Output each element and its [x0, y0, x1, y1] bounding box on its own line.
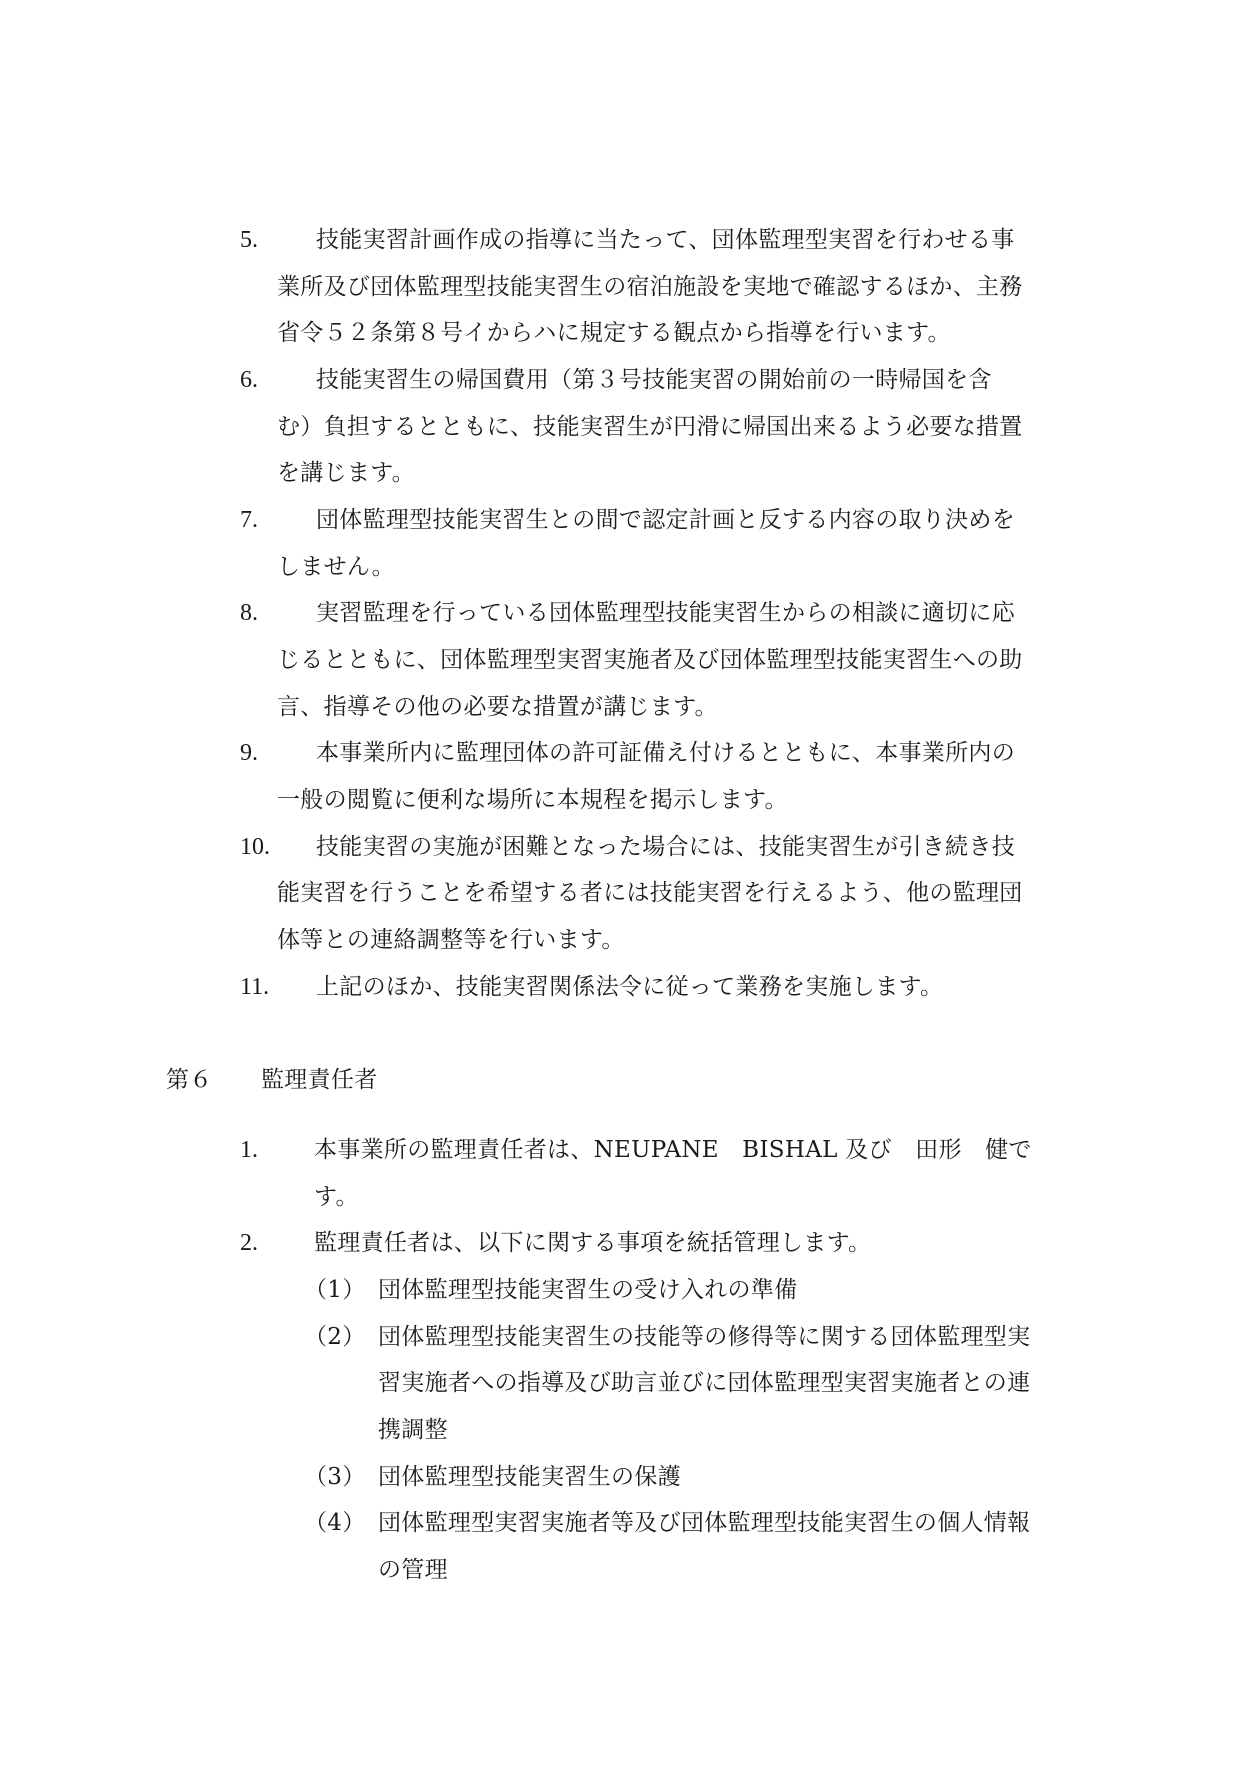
list-text-line: 体等との連絡調整等を行います。	[277, 925, 625, 955]
list-number: 11.	[240, 972, 269, 1002]
list-text-line: 実習監理を行っている団体監理型技能実習生からの相談に適切に応	[316, 598, 1015, 628]
list-number: 5.	[240, 225, 258, 255]
list-text-line: 団体監理型技能実習生との間で認定計画と反する内容の取り決めを	[316, 505, 1015, 535]
list-text-line: 能実習を行うことを希望する者には技能実習を行えるよう、他の監理団	[277, 878, 1023, 908]
list-text-line: す。	[314, 1182, 359, 1212]
list-text-line: を講じます。	[277, 458, 415, 488]
subitem-text-line: 習実施者への指導及び助言並びに団体監理型実習実施者との連	[378, 1368, 1030, 1398]
list-text-line: 技能実習計画作成の指導に当たって、団体監理型実習を行わせる事	[316, 225, 1015, 255]
subitem-text-line: の管理	[378, 1555, 448, 1585]
list-text-line: む）負担するとともに、技能実習生が円滑に帰国出来るよう必要な措置	[277, 412, 1023, 442]
list-number: 1.	[240, 1135, 258, 1165]
list-number: 6.	[240, 365, 258, 395]
list-number: 10.	[240, 832, 270, 862]
list-text-line: 一般の閲覧に便利な場所に本規程を掲示します。	[277, 785, 788, 815]
list-text-line: 技能実習の実施が困難となった場合には、技能実習生が引き続き技	[316, 832, 1015, 862]
list-text-line: 言、指導その他の必要な措置が講じます。	[277, 692, 718, 722]
list-text-line: じるとともに、団体監理型実習実施者及び団体監理型技能実習生への助	[277, 645, 1023, 675]
list-number: 8.	[240, 598, 258, 628]
list-number: 7.	[240, 505, 258, 535]
list-text-line: 本事業所の監理責任者は、NEUPANE BISHAL 及び 田形 健で	[314, 1135, 1032, 1165]
list-text-line: 技能実習生の帰国費用（第３号技能実習の開始前の一時帰国を含	[316, 365, 992, 395]
list-text-line: 監理責任者は、以下に関する事項を統括管理します。	[314, 1228, 871, 1258]
subitem-text-line: 団体監理型技能実習生の受け入れの準備	[378, 1275, 797, 1305]
subitem-number: （2）	[304, 1322, 366, 1352]
list-text-line: 業所及び団体監理型技能実習生の宿泊施設を実地で確認するほか、主務	[277, 272, 1023, 302]
list-text-line: 上記のほか、技能実習関係法令に従って業務を実施します。	[316, 972, 943, 1002]
list-text-line: しません。	[277, 552, 395, 582]
document-page: 5. 技能実習計画作成の指導に当たって、団体監理型実習を行わせる事 業所及び団体…	[0, 0, 1256, 1786]
subitem-text-line: 団体監理型実習実施者等及び団体監理型技能実習生の個人情報	[378, 1508, 1030, 1538]
list-number: 2.	[240, 1228, 258, 1258]
section-title: 監理責任者	[261, 1065, 378, 1095]
subitem-text-line: 携調整	[378, 1415, 448, 1445]
list-number: 9.	[240, 738, 258, 768]
list-text-line: 本事業所内に監理団体の許可証備え付けるとともに、本事業所内の	[316, 738, 1015, 768]
section-number: 第６	[166, 1065, 213, 1095]
subitem-number: （3）	[304, 1462, 366, 1492]
subitem-number: （4）	[304, 1508, 366, 1538]
subitem-text-line: 団体監理型技能実習生の保護	[378, 1462, 681, 1492]
subitem-number: （1）	[304, 1275, 366, 1305]
subitem-text-line: 団体監理型技能実習生の技能等の修得等に関する団体監理型実	[378, 1322, 1030, 1352]
list-text-line: 省令５２条第８号イからハに規定する観点から指導を行います。	[277, 318, 951, 348]
